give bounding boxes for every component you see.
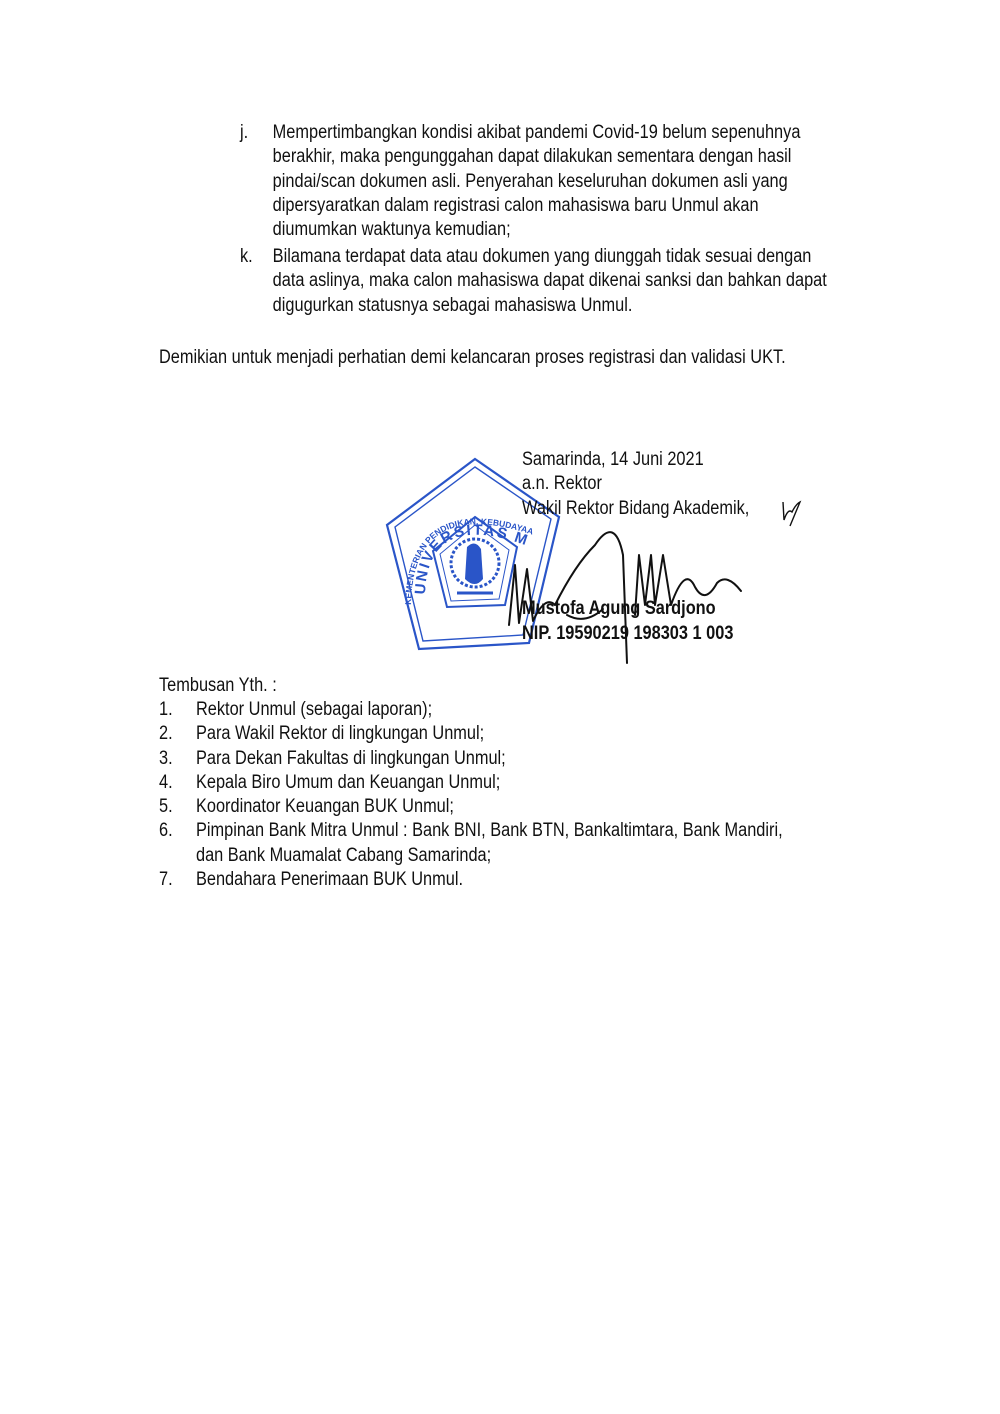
initial-paraf-icon bbox=[780, 498, 802, 528]
cc-num: 1. bbox=[159, 698, 173, 722]
text-line: dipersyaratkan dalam registrasi calon ma… bbox=[273, 194, 935, 218]
list-item-text: Bilamana terdapat data atau dokumen yang… bbox=[273, 245, 935, 318]
text-line: data aslinya, maka calon mahasiswa dapat… bbox=[273, 269, 935, 293]
closing-paragraph: Demikian untuk menjadi perhatian demi ke… bbox=[159, 346, 786, 370]
signature-block: Samarinda, 14 Juni 2021 a.n. Rektor Waki… bbox=[522, 448, 749, 521]
signatory-nip: NIP. 19590219 198303 1 003 bbox=[522, 622, 733, 646]
text-line: Bilamana terdapat data atau dokumen yang… bbox=[273, 245, 935, 269]
cc-num: 7. bbox=[159, 868, 173, 892]
list-item-text: Mempertimbangkan kondisi akibat pandemi … bbox=[273, 121, 935, 242]
signatory-name: Mustofa Agung Sardjono bbox=[522, 597, 716, 621]
text-line: berakhir, maka pengunggahan dapat dilaku… bbox=[273, 145, 935, 169]
text-line: pindai/scan dokumen asli. Penyerahan kes… bbox=[273, 170, 935, 194]
cc-text: Kepala Biro Umum dan Keuangan Unmul; bbox=[196, 771, 500, 795]
cc-num: 5. bbox=[159, 795, 173, 819]
cc-num: 6. bbox=[159, 819, 173, 843]
cc-num: 2. bbox=[159, 722, 173, 746]
text-line: diumumkan waktunya kemudian; bbox=[273, 218, 935, 242]
cc-text: Bendahara Penerimaan BUK Unmul. bbox=[196, 868, 463, 892]
list-label: j. bbox=[240, 121, 248, 145]
cc-text: Rektor Unmul (sebagai laporan); bbox=[196, 698, 432, 722]
cc-text: Para Wakil Rektor di lingkungan Unmul; bbox=[196, 722, 484, 746]
cc-text: Pimpinan Bank Mitra Unmul : Bank BNI, Ba… bbox=[196, 819, 783, 843]
cc-text: dan Bank Muamalat Cabang Samarinda; bbox=[196, 844, 491, 868]
cc-text: Koordinator Keuangan BUK Unmul; bbox=[196, 795, 454, 819]
cc-num: 4. bbox=[159, 771, 173, 795]
cc-num: 3. bbox=[159, 747, 173, 771]
list-label: k. bbox=[240, 245, 253, 269]
document-page: j. Mempertimbangkan kondisi akibat pande… bbox=[0, 0, 1000, 1414]
cc-title: Tembusan Yth. : bbox=[159, 674, 277, 698]
signatory-position: Wakil Rektor Bidang Akademik, bbox=[522, 497, 749, 521]
text-line: digugurkan statusnya sebagai mahasiswa U… bbox=[273, 294, 935, 318]
cc-text: Para Dekan Fakultas di lingkungan Unmul; bbox=[196, 747, 506, 771]
on-behalf: a.n. Rektor bbox=[522, 472, 749, 496]
text-line: Mempertimbangkan kondisi akibat pandemi … bbox=[273, 121, 935, 145]
place-date: Samarinda, 14 Juni 2021 bbox=[522, 448, 749, 472]
